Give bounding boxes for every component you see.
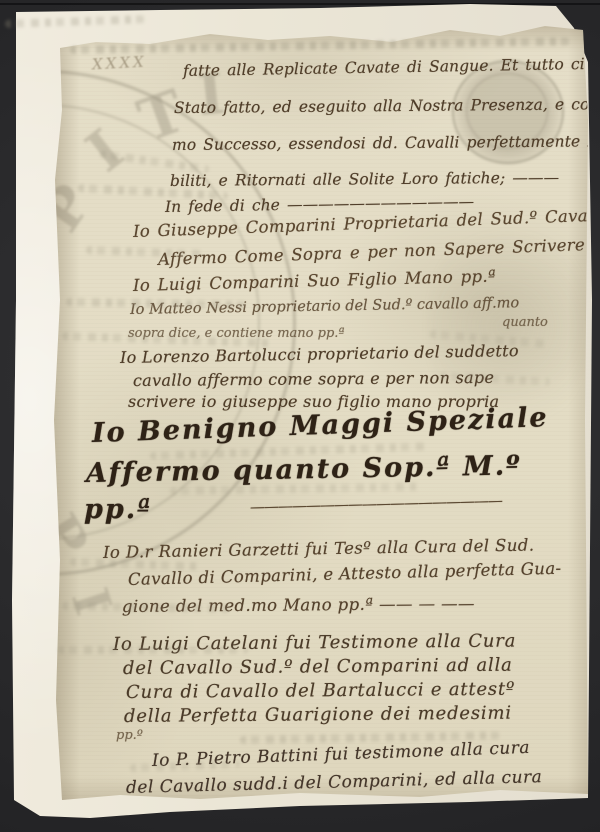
manuscript-line: quanto <box>502 315 548 330</box>
manuscript-line: mo Successo, essendosi dd. Cavalli perfe… <box>172 132 600 154</box>
manuscript-line: della Perfetta Guarigione dei medesimi <box>124 703 512 727</box>
manuscript-page: PITIPI XXXX fatte alle Replicate Cavate … <box>0 0 600 832</box>
manuscript-line: pp.º <box>116 728 143 743</box>
manuscript-line: —————————————————— <box>250 491 502 516</box>
manuscript-line: pp.ª <box>84 494 152 525</box>
manuscript-line: Cura di Cavallo del Bartalucci e attestº <box>126 679 515 703</box>
photo-backdrop: PITIPI XXXX fatte alle Replicate Cavate … <box>0 0 600 832</box>
bleed-through-writing <box>58 646 248 654</box>
manuscript-line: biliti, e Ritornati alle Solite Loro fat… <box>170 169 559 190</box>
manuscript-line: Stato fatto, ed eseguito alla Nostra Pre… <box>174 95 600 117</box>
page-number-mark: XXXX <box>92 53 148 74</box>
manuscript-line: del Cavallo Sud.º del Comparini ad alla <box>123 655 513 679</box>
